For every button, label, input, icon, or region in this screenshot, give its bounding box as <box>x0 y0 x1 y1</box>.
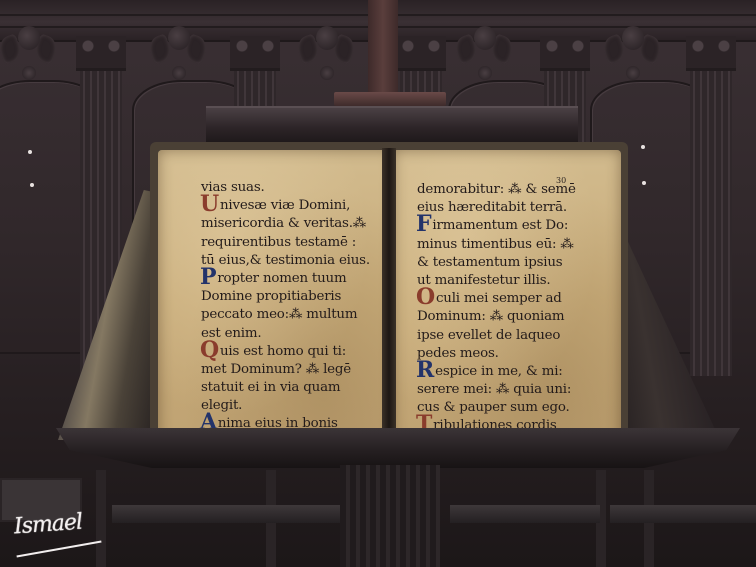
text-line: requirentibus testamē : <box>200 233 370 251</box>
text-line: Propter nomen tuum <box>200 269 370 287</box>
text-line: demorabitur: ⁂ & semē <box>416 180 576 198</box>
cherub-carving-icon <box>0 22 56 92</box>
coat-hook-icon <box>642 181 646 185</box>
left-page-text: vias suas. Univesæ viæ Domini, misericor… <box>200 178 370 433</box>
stall-seat <box>112 505 342 523</box>
text-line: pedes meos. <box>416 344 576 362</box>
text-line: misericordia & veritas.⁂ <box>200 214 370 232</box>
text-line: eius hæreditabit terrā. <box>416 198 576 216</box>
text-line: peccato meo:⁂ multum <box>200 305 370 323</box>
text-line: tū eius,& testimonia eius. <box>200 251 370 269</box>
lectern-top-shelf <box>206 106 578 142</box>
stall-seat <box>610 505 756 523</box>
cherub-carving-icon <box>456 22 512 92</box>
fluted-pilaster <box>690 36 732 376</box>
text-line: Respice in me, & mi: <box>416 362 576 380</box>
cherub-carving-icon <box>604 22 660 92</box>
ionic-capital <box>396 36 446 71</box>
stall-leg <box>96 470 106 567</box>
photo-scene: vias suas. Univesæ viæ Domini, misericor… <box>0 0 756 567</box>
photographer-signature: Ismael <box>13 510 83 540</box>
text-line: est enim. <box>200 324 370 342</box>
right-page-text: demorabitur: ⁂ & semē eius hæreditabit t… <box>416 180 576 435</box>
text-line: Univesæ viæ Domini, <box>200 196 370 214</box>
carved-center-post <box>340 465 440 567</box>
coat-hook-icon <box>28 150 32 154</box>
coat-hook-icon <box>30 183 34 187</box>
signature-underline <box>16 541 101 558</box>
illuminated-initial: F <box>416 211 431 237</box>
crucifix-base <box>334 92 446 106</box>
text-line: ipse evellet de laqueo <box>416 326 576 344</box>
text-line: met Dominum? ⁂ legē <box>200 360 370 378</box>
illuminated-initial: O <box>416 284 435 310</box>
cherub-carving-icon <box>150 22 206 92</box>
ionic-capital <box>230 36 280 71</box>
crucifix-post <box>368 0 398 95</box>
text-line: Oculi mei semper ad <box>416 289 576 307</box>
text-line: Domine propitiaberis <box>200 287 370 305</box>
text-line: Quis est homo qui ti: <box>200 342 370 360</box>
lectern-rail <box>56 428 740 468</box>
ionic-capital <box>76 36 126 71</box>
cherub-carving-icon <box>298 22 354 92</box>
book-gutter <box>382 148 396 450</box>
illuminated-initial: Q <box>200 337 219 363</box>
illuminated-initial: U <box>200 191 219 217</box>
text-line: & testamentum ipsius <box>416 253 576 271</box>
text-line: vias suas. <box>200 178 370 196</box>
text-line: minus timentibus eū: ⁂ <box>416 235 576 253</box>
text-line: serere mei: ⁂ quia uni: <box>416 380 576 398</box>
text-line: Firmamentum est Do: <box>416 216 576 234</box>
text-line: cus & pauper sum ego. <box>416 398 576 416</box>
illuminated-initial: P <box>200 264 216 290</box>
text-line: ut manifestetur illis. <box>416 271 576 289</box>
illuminated-initial: R <box>416 357 434 383</box>
ionic-capital <box>540 36 590 71</box>
text-line: Dominum: ⁂ quoniam <box>416 307 576 325</box>
text-line: elegit. <box>200 396 370 414</box>
coat-hook-icon <box>641 145 645 149</box>
text-line: statuit ei in via quam <box>200 378 370 396</box>
stall-seat <box>450 505 600 523</box>
ionic-capital <box>686 36 736 71</box>
